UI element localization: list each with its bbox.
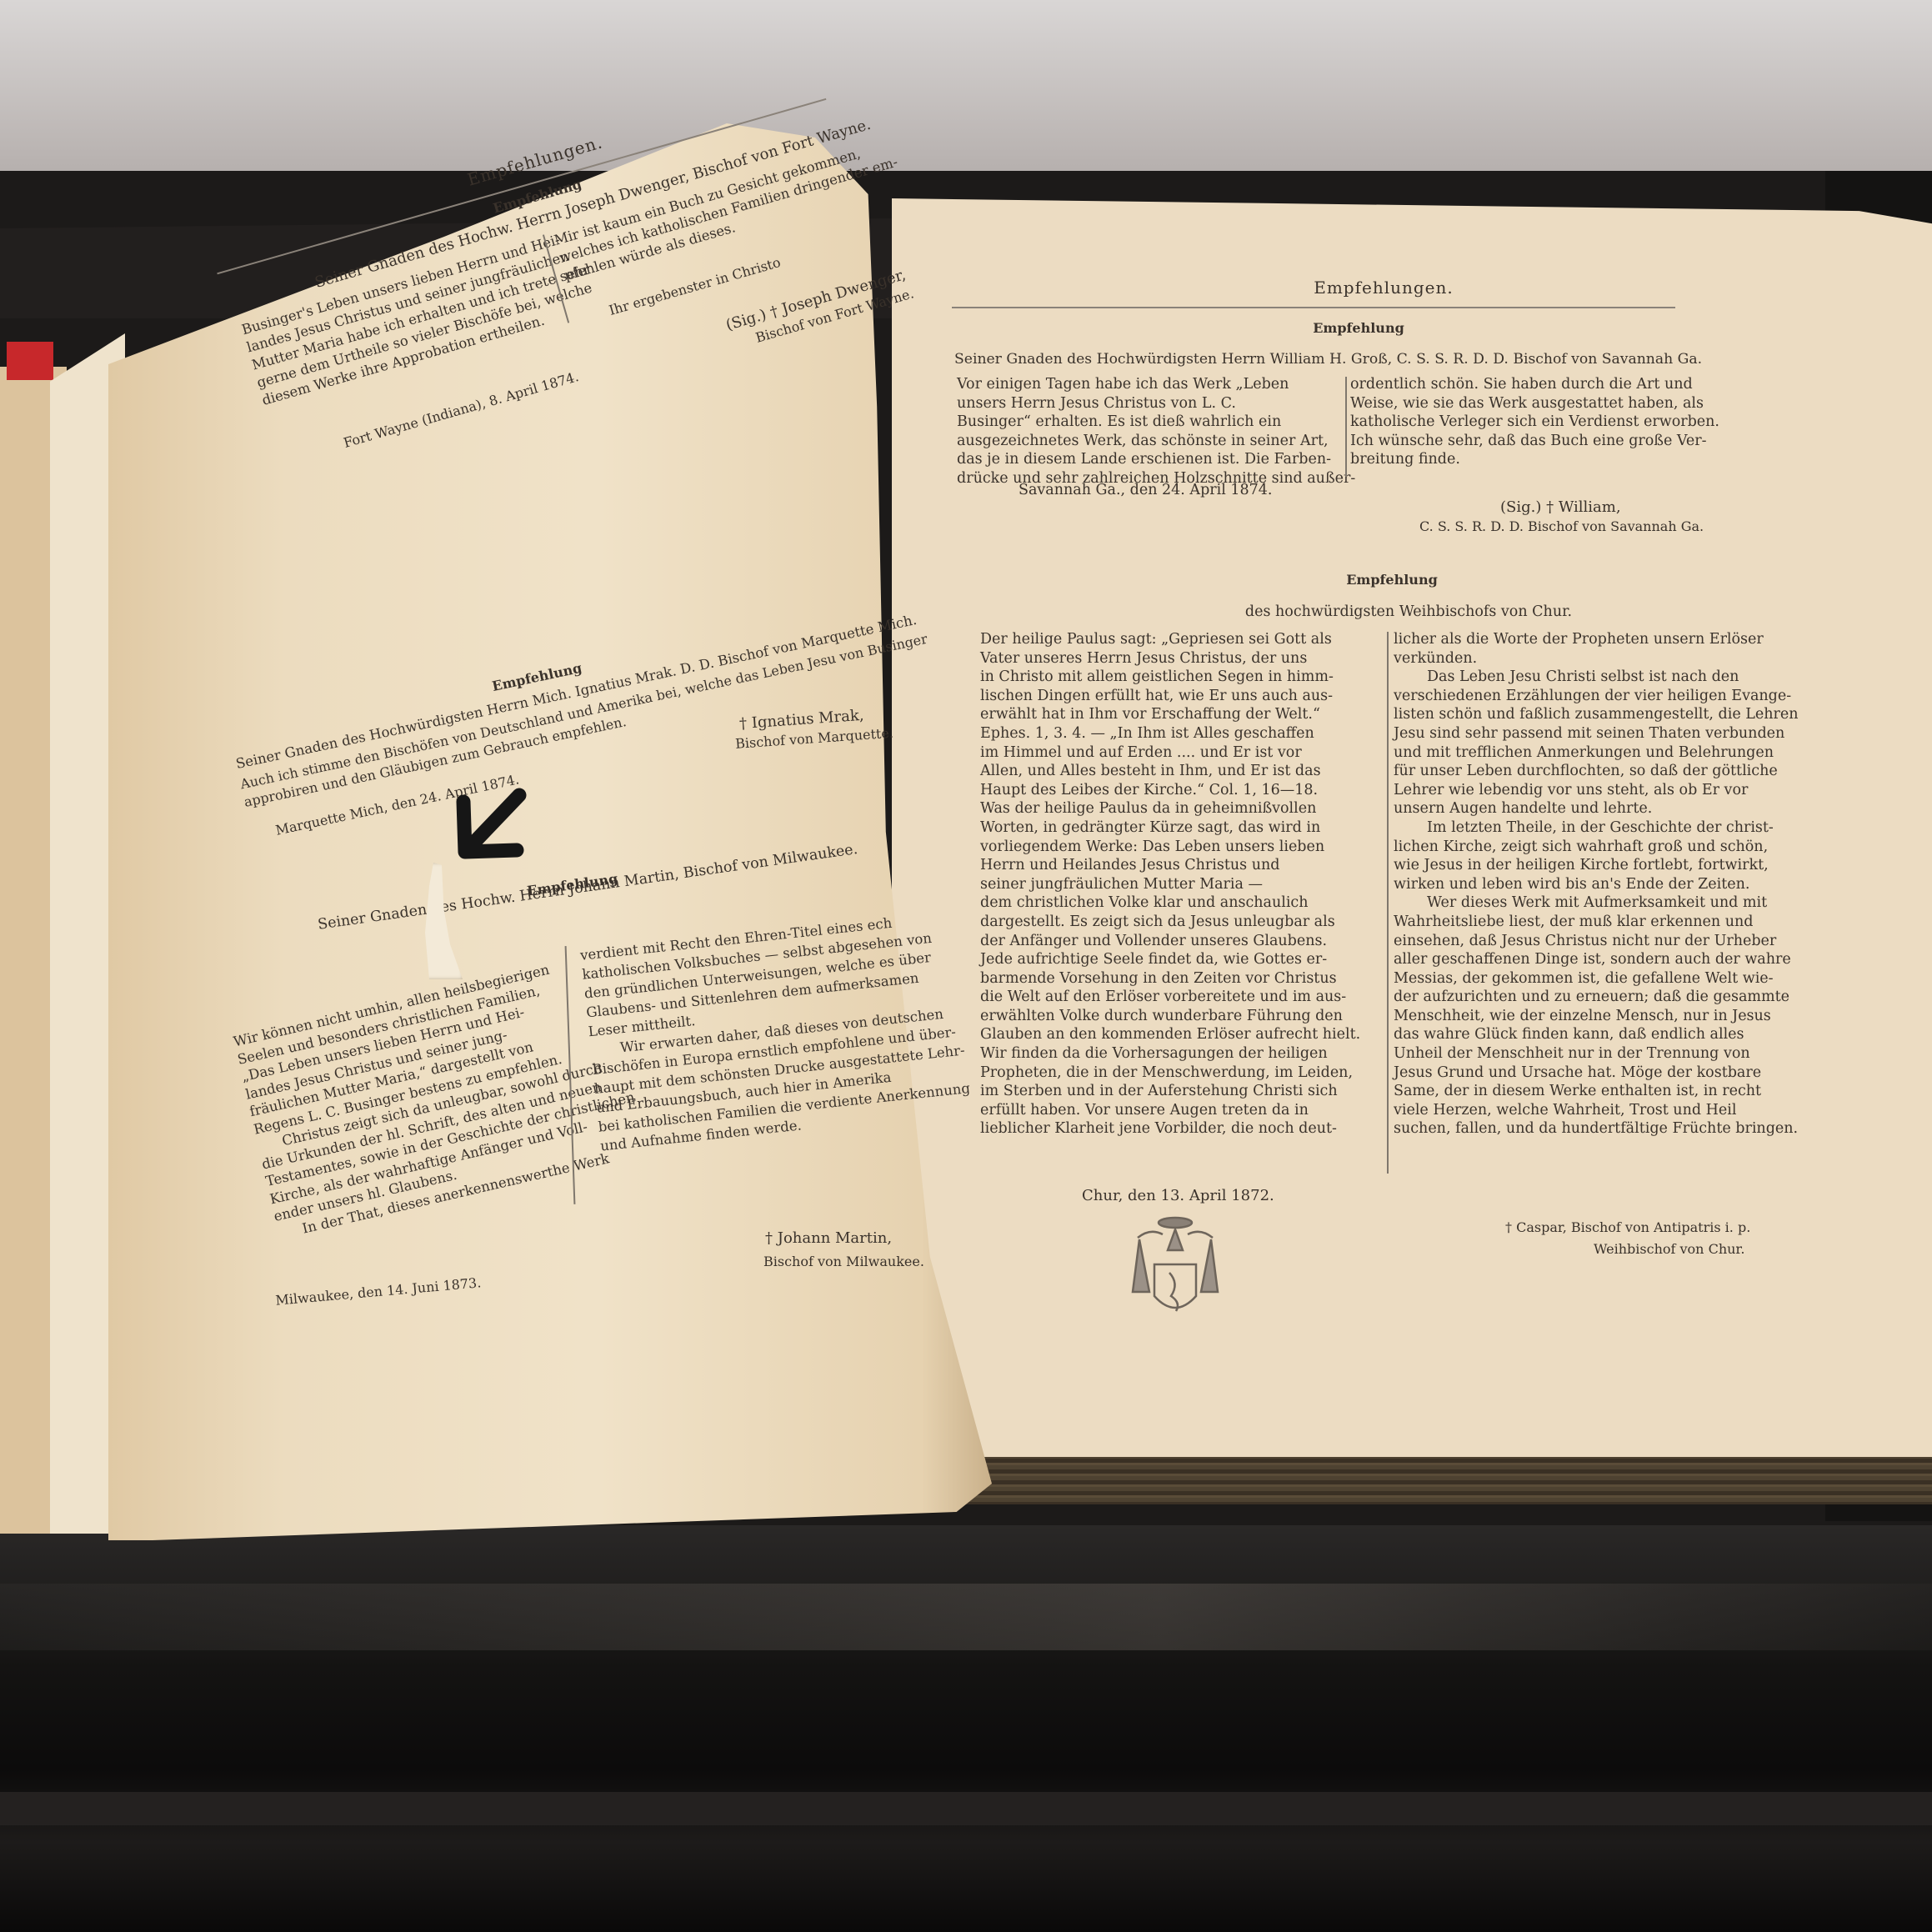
text-line: erwählten Volke durch wunderbare Führung… [980,1007,1397,1026]
text-line: breitung finde. [1350,450,1709,469]
text-line: wie Jesus in der heiligen Kirche fortleb… [1394,856,1860,875]
text-line: Was der heilige Paulus da in geheimnißvo… [980,799,1397,818]
text-line: im Sterben und in der Auferstehung Chris… [980,1082,1397,1101]
text-line: verkünden. [1394,649,1860,668]
text-line: Der heilige Paulus sagt: „Gepriesen sei … [980,630,1397,649]
table-sheen [0,1584,1932,1650]
text-line: einsehen, daß Jesus Christus nicht nur d… [1394,932,1860,951]
right-rec1-label: Empfehlung [1234,320,1484,336]
text-line: Lehrer wie lebendig vor uns steht, als o… [1394,781,1860,800]
text-line: Herrn und Heilandes Jesus Christus und [980,856,1397,875]
right-head-rule [952,307,1675,308]
text-line: Weise, wie sie das Werk ausgestattet hab… [1350,394,1709,413]
left-rec3-col2: verdient mit Recht den Ehren-Titel eines… [579,904,999,1156]
text-line: Businger“ erhalten. Es ist dieß wahrlich… [957,413,1332,432]
text-line: lieblicher Klarheit jene Vorbilder, die … [980,1119,1397,1139]
text-line: suchen, fallen, und da hundertfältige Fr… [1394,1119,1860,1139]
text-line: barmende Vorsehung in den Zeiten vor Chr… [980,969,1397,989]
text-line: verschiedenen Erzählungen der vier heili… [1394,687,1860,706]
red-book-edge [7,342,53,380]
right-rec2-title: des hochwürdigsten Weihbischofs von Chur… [1209,603,1609,620]
right-rec2-col2: licher als die Worte der Propheten unser… [1394,630,1860,1139]
text-line: aller geschaffenen Dinge ist, sondern au… [1394,950,1860,969]
right-rec2-signature: † Caspar, Bischof von Antipatris i. p. [1505,1219,1750,1235]
text-line: seiner jungfräulichen Mutter Maria — [980,875,1397,894]
table-ledge [0,1792,1932,1825]
text-line: in Christo mit allem geistlichen Segen i… [980,668,1397,687]
text-line: ausgezeichnetes Werk, das schönste in se… [957,432,1332,451]
text-line: Wahrheitsliebe liest, der muß klar erken… [1394,913,1860,932]
text-line: Jesu sind sehr passend mit seinen Thaten… [1394,724,1860,743]
text-line: licher als die Worte der Propheten unser… [1394,630,1860,649]
text-line: für unser Leben durchflochten, so daß de… [1394,762,1860,781]
text-line: Same, der in diesem Werke enthalten ist,… [1394,1082,1860,1101]
text-line: Das Leben Jesu Christi selbst ist nach d… [1394,668,1860,687]
text-line: lichen Kirche, zeigt sich wahrhaft groß … [1394,838,1860,857]
text-line: dem christlichen Volke klar und anschaul… [980,893,1397,913]
text-line: viele Herzen, welche Wahrheit, Trost und… [1394,1101,1860,1120]
text-line: listen schön und faßlich zusammengestell… [1394,705,1860,724]
text-line: Messias, der gekommen ist, die gefallene… [1394,969,1860,989]
text-line: dargestellt. Es zeigt sich da Jesus unle… [980,913,1397,932]
arrow-down-left-icon [440,785,532,877]
text-line: im Himmel und auf Erden .... und Er ist … [980,743,1397,763]
text-line: Vater unseres Herrn Jesus Christus, der … [980,649,1397,668]
right-rec1-col2: ordentlich schön. Sie haben durch die Ar… [1350,375,1709,469]
right-rec2-label: Empfehlung [1300,572,1484,588]
text-line: Unheil der Menschheit nur in der Trennun… [1394,1044,1860,1064]
text-line: Glauben an den kommenden Erlöser aufrech… [980,1025,1397,1044]
right-running-head: Empfehlungen. [1234,278,1534,298]
right-rec2-signature-title: Weihbischof von Chur. [1594,1241,1744,1257]
text-line: Jesus Grund und Ursache hat. Möge der ko… [1394,1064,1860,1083]
text-line: Ephes. 1, 3. 4. — „In Ihm ist Alles gesc… [980,724,1397,743]
text-line: ordentlich schön. Sie haben durch die Ar… [1350,375,1709,394]
right-rec1-title: Seiner Gnaden des Hochwürdigsten Herrn W… [954,351,1702,368]
text-line: Im letzten Theile, in der Geschichte der… [1394,818,1860,838]
text-line: Allen, und Alles besteht in Ihm, und Er … [980,762,1397,781]
left-rec3-signature: † Johann Martin, [765,1229,892,1247]
text-line: wirken und leben wird bis an's Ende der … [1394,875,1860,894]
text-line: Menschheit, wie der einzelne Mensch, nur… [1394,1007,1860,1026]
text-line: erwählt hat in Ihm vor Erschaffung der W… [980,705,1397,724]
text-line: Propheten, die in der Menschwerdung, im … [980,1064,1397,1083]
text-line: die Welt auf den Erlöser vorbereitete un… [980,988,1397,1007]
column-divider [1345,377,1347,477]
column-divider [1387,632,1389,1174]
text-line: Haupt des Leibes der Kirche.“ Col. 1, 16… [980,781,1397,800]
coat-of-arms-icon [1121,1213,1229,1321]
page-block-edge [900,1454,1932,1504]
right-rec1-place-date: Savannah Ga., den 24. April 1874. [1019,482,1273,498]
right-rec2-place-date: Chur, den 13. April 1872. [1082,1187,1274,1204]
text-line: Jede aufrichtige Seele findet da, wie Go… [980,950,1397,969]
text-line: der aufzurichten und zu erneuern; daß di… [1394,988,1860,1007]
text-line: erfüllt haben. Vor unsere Augen treten d… [980,1101,1397,1120]
text-line: Ich wünsche sehr, daß das Buch eine groß… [1350,432,1709,451]
left-rec3-signature-title: Bischof von Milwaukee. [763,1254,924,1269]
text-line: das wahre Glück finden kann, daß endlich… [1394,1025,1860,1044]
text-line: Worten, in gedrängter Kürze sagt, das wi… [980,818,1397,838]
text-line: und mit trefflichen Anmerkungen und Bele… [1394,743,1860,763]
text-line: der Anfänger und Vollender unseres Glaub… [980,932,1397,951]
right-rec2-col1: Der heilige Paulus sagt: „Gepriesen sei … [980,630,1397,1139]
text-line: katholische Verleger sich ein Verdienst … [1350,413,1709,432]
text-line: vorliegendem Werke: Das Leben unsers lie… [980,838,1397,857]
right-rec1-signature-title: C. S. S. R. D. D. Bischof von Savannah G… [1419,518,1704,534]
text-line: Wir finden da die Vorhersagungen der hei… [980,1044,1397,1064]
left-rec1-place-date: Fort Wayne (Indiana), 8. April 1874. [342,368,580,451]
text-line: lischen Dingen erfüllt hat, wie Er uns a… [980,687,1397,706]
text-line: das je in diesem Lande erschienen ist. D… [957,450,1332,469]
right-rec1-signature: (Sig.) † William, [1500,498,1621,516]
text-line: unsern Augen handelte und lehrte. [1394,799,1860,818]
text-line: Wer dieses Werk mit Aufmerksamkeit und m… [1394,893,1860,913]
